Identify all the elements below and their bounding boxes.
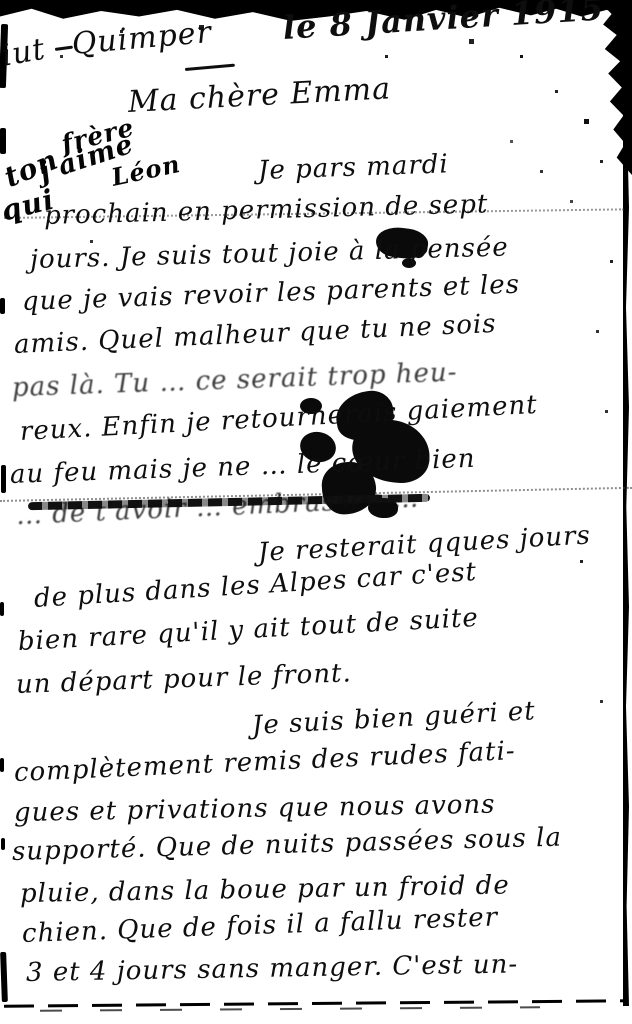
underline-after-place (185, 64, 235, 71)
letter-line: Je suis bien guéri et (251, 698, 536, 739)
letter-line: supporté. Que de nuits passées sous la (12, 825, 563, 865)
letter-line: gues et privations que nous avons (14, 792, 496, 826)
scan-mark (0, 128, 6, 154)
letter-line: pluie, dans la boue par un froid de (20, 872, 510, 907)
letter-line: Je pars mardi (258, 151, 450, 184)
letter-line: complètement remis des rudes fati- (13, 738, 516, 786)
letter-line: de plus dans les Alpes car c'est (33, 559, 478, 612)
letter-line: prochain en permission de sept (44, 191, 489, 229)
paper-edge-bottom-dashed-2 (40, 1006, 540, 1011)
scan-mark (0, 952, 8, 1002)
letter-line: jours. Je suis tout joie à la pensée (30, 234, 509, 273)
scan-mark (0, 298, 5, 314)
place-name: Quimper (71, 18, 213, 60)
letter-line: pas là. Tu … ce serait trop heu- (12, 359, 458, 401)
scan-mark (0, 602, 4, 616)
letter-line: bien rare qu'il y ait tout de suite (17, 605, 479, 655)
scan-mark (0, 758, 4, 772)
letter-line: amis. Quel malheur que tu ne sois (13, 311, 497, 358)
scanned-letter-page: iut Quimper le 8 Janvier 1915 Ma chère E… (0, 0, 632, 1024)
scan-noise-speckles (0, 0, 3, 3)
letter-line: que je vais revoir les parents et les (22, 272, 521, 315)
left-edge-word-fragment: iut (0, 35, 48, 72)
date-line: le 8 Janvier 1915 (282, 0, 605, 44)
letter-line: 3 et 4 jours sans manger. C'est un- (26, 951, 519, 986)
scan-mark (1, 465, 6, 493)
dash-before-place (55, 46, 73, 51)
letter-line-crossed-out: … de t'avoir … embrassée … (15, 485, 419, 529)
salutation: Ma chère Emma (127, 74, 392, 118)
letter-line: un départ pour le front. (16, 660, 353, 698)
scan-mark (1, 838, 5, 850)
letter-line: chien. Que de fois il a fallu rester (22, 904, 499, 947)
